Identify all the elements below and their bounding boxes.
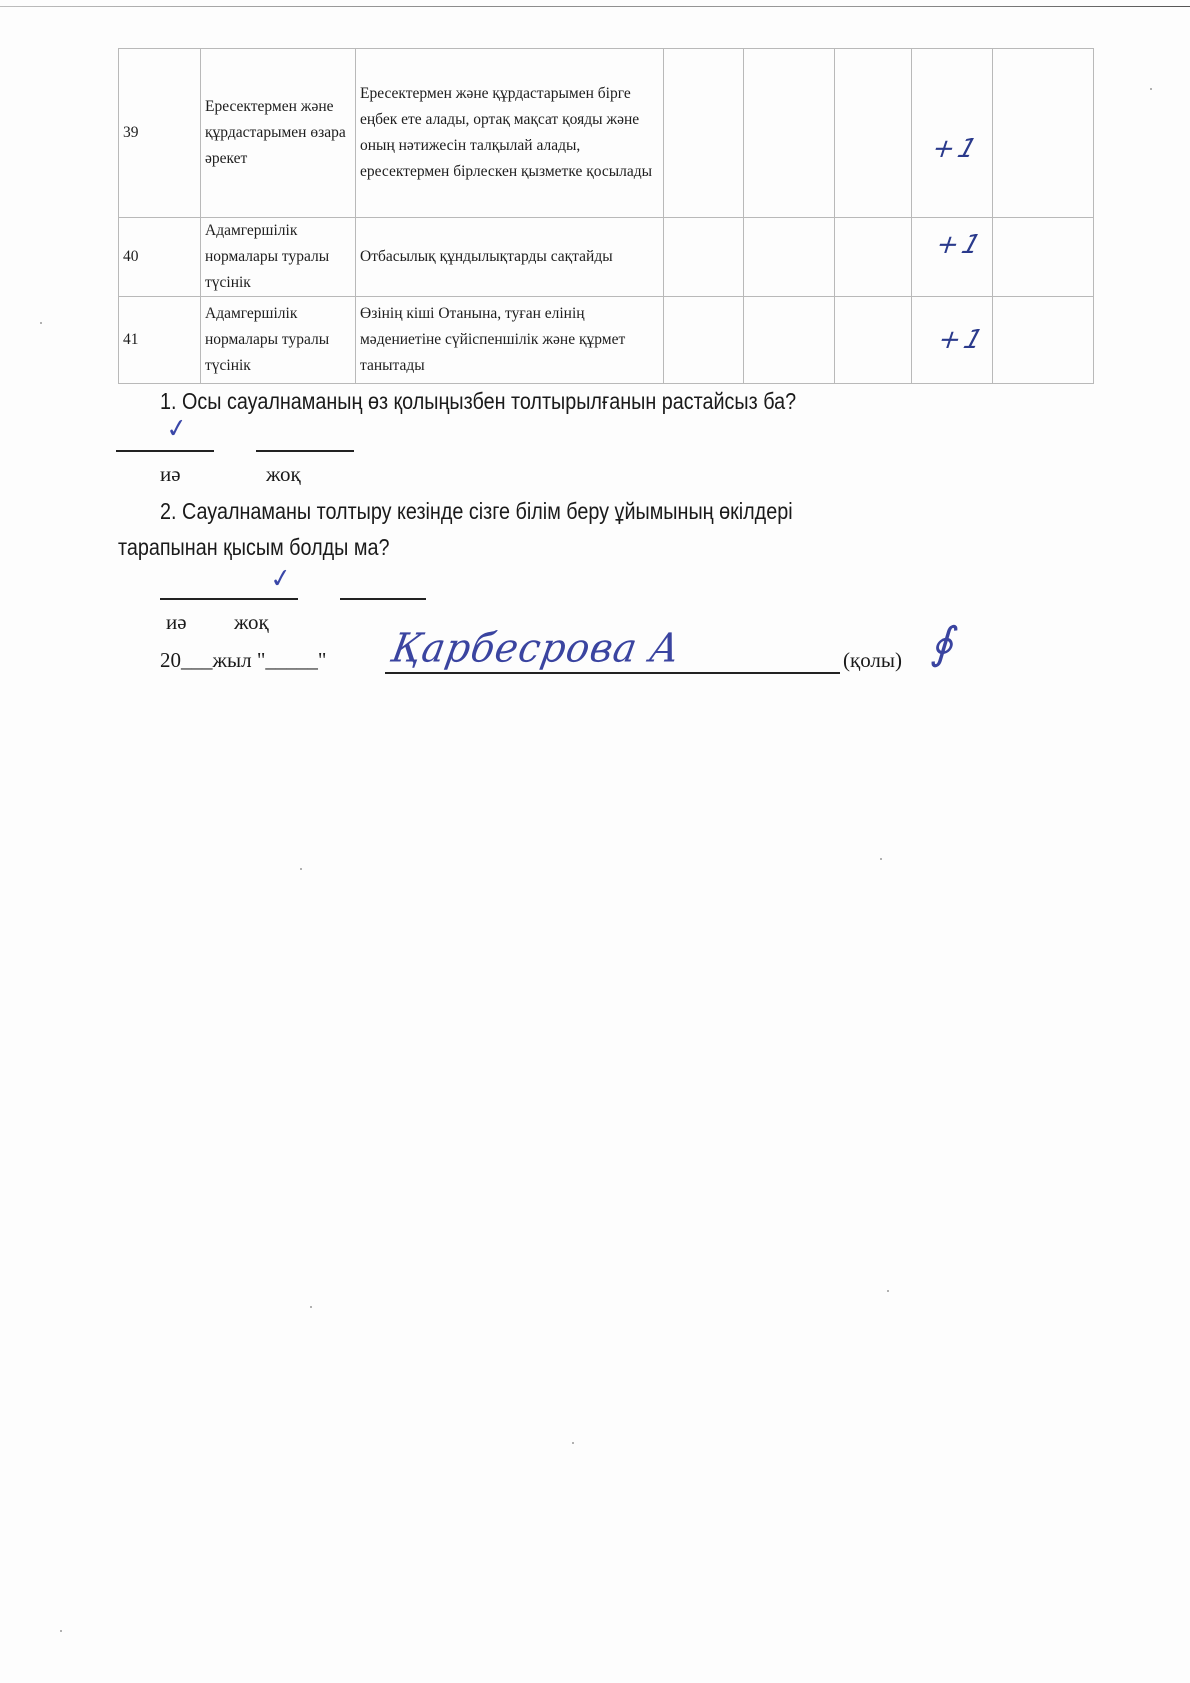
handwritten-score: +1: [935, 327, 990, 353]
scan-speck: [310, 1306, 312, 1308]
score-cell: [744, 297, 835, 384]
signature-label: (қолы): [843, 648, 902, 673]
question-1-option-no: жоқ: [266, 462, 301, 487]
question-1-yes-blank[interactable]: [116, 450, 214, 452]
row-area: Адамгершілік нормалары туралы түсінік: [201, 297, 356, 384]
score-cell: [744, 218, 835, 297]
scan-speck: [887, 1290, 889, 1292]
question-2-option-yes: иә: [166, 610, 187, 635]
question-2-text-line-2: тарапынан қысым болды ма?: [118, 532, 389, 562]
handwritten-score: +1: [929, 136, 984, 162]
scan-speck: [572, 1442, 574, 1444]
row-description: Отбасылық құндылықтарды сақтайды: [356, 218, 664, 297]
question-2-option-no: жоқ: [234, 610, 269, 635]
score-cell: [744, 49, 835, 218]
row-area: Адамгершілік нормалары туралы түсінік: [201, 218, 356, 297]
question-2-check-mark: ✓: [268, 563, 294, 596]
row-description: Ересектермен және құрдастарымен бірге ең…: [356, 49, 664, 218]
handwritten-score: +1: [933, 232, 988, 258]
scan-speck: [40, 322, 42, 324]
row-number: 41: [119, 297, 201, 384]
question-1-text: 1. Осы сауалнаманың өз қолыңызбен толтыр…: [160, 386, 796, 416]
scan-speck: [60, 1630, 62, 1632]
score-cell: +1: [912, 297, 993, 384]
score-cell: [993, 297, 1094, 384]
name-signature-blank[interactable]: [385, 672, 840, 674]
question-1-option-yes: иә: [160, 462, 181, 487]
table-row: 39 Ересектермен және құрдастарымен өзара…: [119, 49, 1094, 218]
signature-icon: ∮: [930, 618, 953, 669]
question-2-no-blank[interactable]: [340, 598, 426, 600]
scan-speck: [1150, 88, 1152, 90]
row-number: 40: [119, 218, 201, 297]
scan-speck: [880, 858, 882, 860]
scan-speck: [300, 868, 302, 870]
row-area: Ересектермен және құрдастарымен өзара әр…: [201, 49, 356, 218]
score-cell: [835, 49, 912, 218]
question-1-check-mark: ✓: [164, 413, 190, 446]
date-line: 20___жыл "_____": [160, 648, 327, 673]
table-row: 40 Адамгершілік нормалары туралы түсінік…: [119, 218, 1094, 297]
table-row: 41 Адамгершілік нормалары туралы түсінік…: [119, 297, 1094, 384]
score-cell: [664, 218, 744, 297]
question-2-text-line-1: 2. Сауалнаманы толтыру кезінде сізге біл…: [160, 496, 793, 526]
score-cell: +1: [912, 49, 993, 218]
score-cell: [835, 297, 912, 384]
score-cell: +1: [912, 218, 993, 297]
row-number: 39: [119, 49, 201, 218]
score-cell: [664, 49, 744, 218]
score-cell: [993, 218, 1094, 297]
score-cell: [835, 218, 912, 297]
row-description: Өзінің кіші Отанына, туған елінің мәдени…: [356, 297, 664, 384]
survey-table: 39 Ересектермен және құрдастарымен өзара…: [118, 48, 1094, 384]
scan-edge: [0, 6, 1190, 7]
score-cell: [993, 49, 1094, 218]
question-1-no-blank[interactable]: [256, 450, 354, 452]
handwritten-name: Қарбесрова А: [388, 625, 684, 671]
question-2-yes-blank[interactable]: [160, 598, 298, 600]
score-cell: [664, 297, 744, 384]
